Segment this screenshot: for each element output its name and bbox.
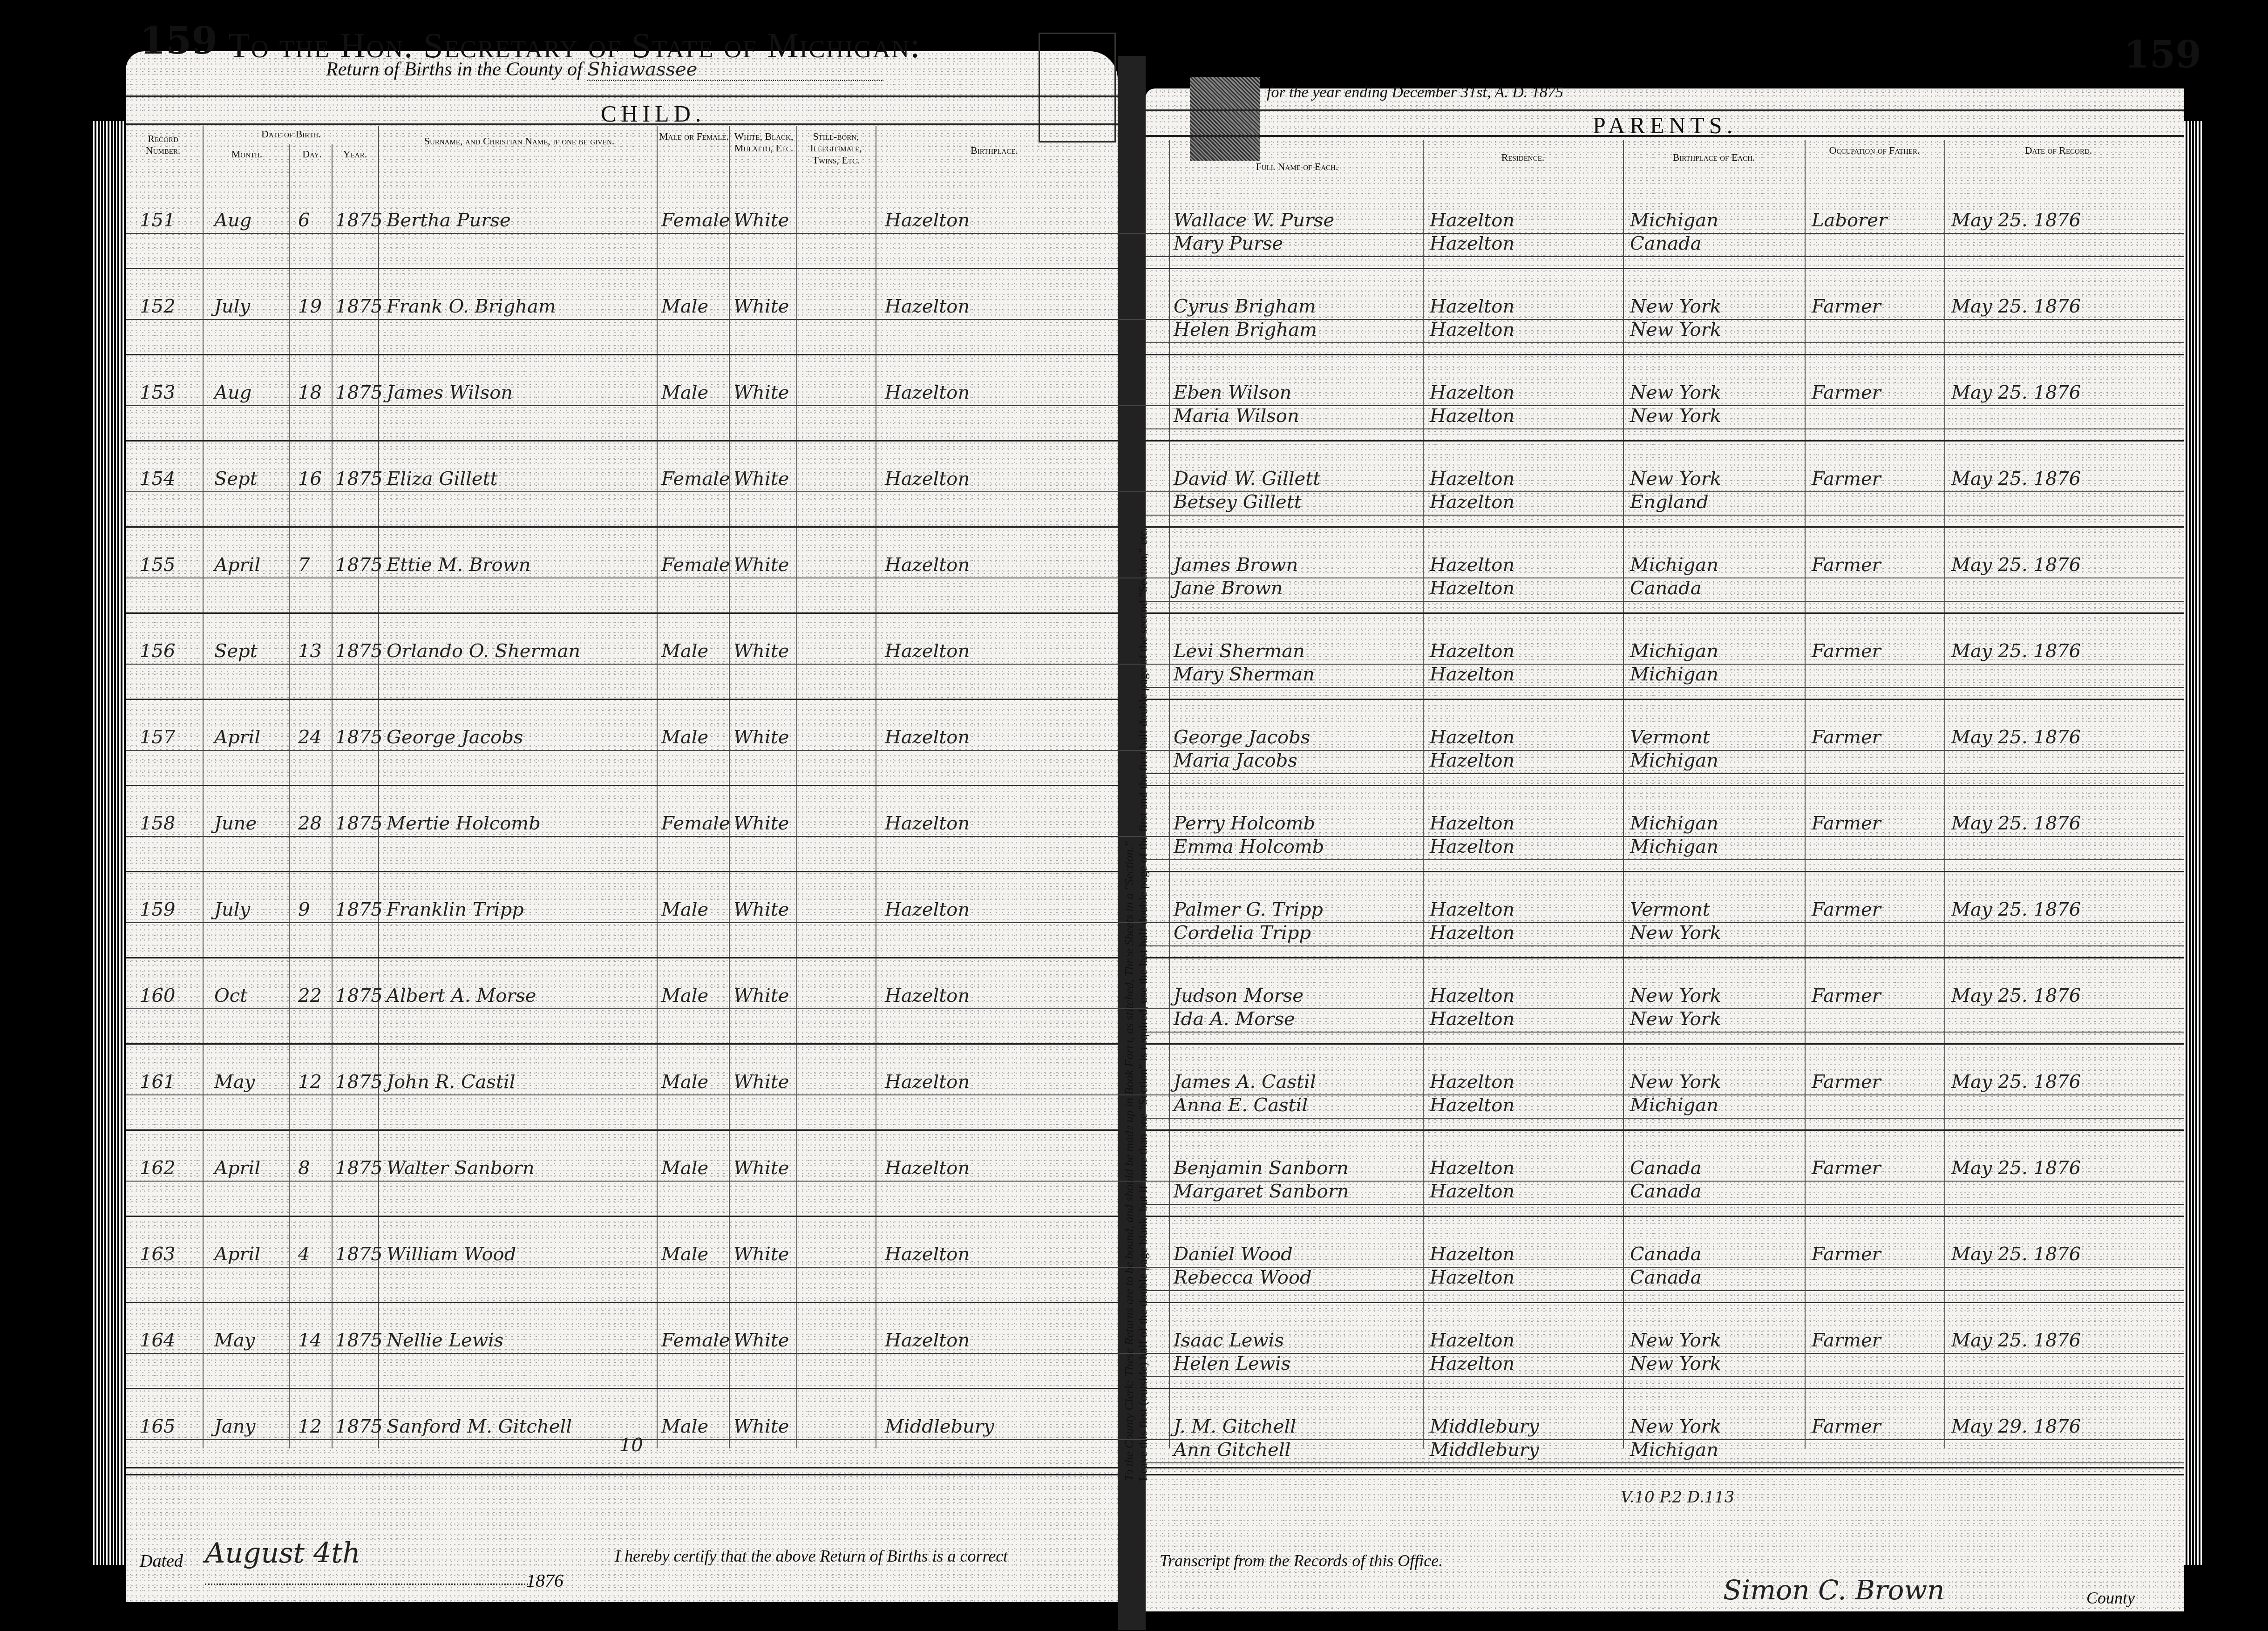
row-line xyxy=(1146,342,2184,343)
father-occupation: Farmer xyxy=(1812,985,1881,1006)
father-residence: Hazelton xyxy=(1430,554,1514,576)
col-record-number: Record Number. xyxy=(130,133,196,156)
father-occupation: Farmer xyxy=(1812,296,1881,317)
child-name: George Jacobs xyxy=(387,727,523,748)
birth-month: July xyxy=(214,899,250,920)
birth-month: May xyxy=(214,1071,255,1093)
record-number: 160 xyxy=(140,985,175,1006)
date-of-record: May 25. 1876 xyxy=(1951,210,2081,231)
mother-birthplace: Canada xyxy=(1630,1181,1702,1202)
row-line xyxy=(126,1181,2184,1182)
row-line xyxy=(1146,687,2184,688)
father-name: Perry Holcomb xyxy=(1174,813,1315,834)
row-line xyxy=(126,578,2184,578)
mother-name: Helen Lewis xyxy=(1174,1353,1290,1374)
birth-year: 1875 xyxy=(335,813,383,834)
row-separator xyxy=(126,1129,2184,1131)
birth-day: 7 xyxy=(298,554,310,576)
mother-residence: Hazelton xyxy=(1430,405,1514,427)
mother-name: Mary Sherman xyxy=(1174,664,1315,685)
father-name: Palmer G. Tripp xyxy=(1174,899,1323,920)
father-birthplace: New York xyxy=(1630,1330,1721,1351)
child-name: James Wilson xyxy=(387,382,513,403)
page-number-right: 159 xyxy=(2124,33,2201,76)
record-number: 162 xyxy=(140,1157,175,1179)
father-residence: Hazelton xyxy=(1430,1330,1514,1351)
child-sex: Male xyxy=(661,899,708,920)
record-number: 165 xyxy=(140,1416,175,1437)
child-sex: Male xyxy=(661,727,708,748)
parents-header-rule xyxy=(1146,135,2184,137)
birth-month: Oct xyxy=(214,985,247,1006)
child-name: Nellie Lewis xyxy=(387,1330,503,1351)
birth-month: June xyxy=(214,813,257,834)
printer-stamp-icon xyxy=(1190,77,1260,161)
father-residence: Hazelton xyxy=(1430,1071,1514,1093)
row-separator xyxy=(126,699,2184,700)
child-color: White xyxy=(733,1330,789,1351)
child-sex: Female xyxy=(661,554,730,576)
date-of-record: May 25. 1876 xyxy=(1951,1244,2081,1265)
father-birthplace: New York xyxy=(1630,468,1721,489)
birth-month: Sept xyxy=(214,468,258,489)
father-birthplace: New York xyxy=(1630,296,1721,317)
row-line xyxy=(126,491,2184,492)
col-status: Still-born, Illegitimate, Twins, Etc. xyxy=(799,130,873,166)
child-sex: Male xyxy=(661,1157,708,1179)
birth-day: 14 xyxy=(298,1330,322,1351)
mother-birthplace: Canada xyxy=(1630,1267,1702,1288)
divider xyxy=(1423,140,1424,1448)
birth-day: 18 xyxy=(298,382,322,403)
birth-month: Aug xyxy=(214,210,251,231)
child-color: White xyxy=(733,813,789,834)
birth-day: 4 xyxy=(298,1244,310,1265)
mother-residence: Hazelton xyxy=(1430,922,1514,944)
mother-birthplace: New York xyxy=(1630,1353,1721,1374)
annotation-sex-10: 10 xyxy=(619,1434,643,1456)
row-line xyxy=(1146,1290,2184,1291)
row-line xyxy=(1146,773,2184,774)
father-occupation: Farmer xyxy=(1812,640,1881,662)
mother-birthplace: Michigan xyxy=(1630,836,1718,857)
record-number: 159 xyxy=(140,899,175,920)
date-of-record: May 25. 1876 xyxy=(1951,640,2081,662)
row-line xyxy=(1146,1204,2184,1205)
child-sex: Female xyxy=(661,1330,730,1351)
father-name: James A. Castil xyxy=(1174,1071,1316,1093)
record-number: 161 xyxy=(140,1071,175,1093)
child-birthplace: Hazelton xyxy=(885,899,970,920)
row-line xyxy=(1146,1118,2184,1119)
child-birthplace: Hazelton xyxy=(885,727,970,748)
child-name: William Wood xyxy=(387,1244,516,1265)
birth-year: 1875 xyxy=(335,985,383,1006)
record-number: 155 xyxy=(140,554,175,576)
child-color: White xyxy=(733,640,789,662)
child-sex: Male xyxy=(661,1071,708,1093)
row-separator xyxy=(126,1216,2184,1217)
divider xyxy=(1805,140,1806,1448)
gutter-note-line2: Leave this first (outside) half of the d… xyxy=(1136,528,1150,1481)
child-color: White xyxy=(733,1244,789,1265)
child-name: Eliza Gillett xyxy=(387,468,498,489)
child-birthplace: Hazelton xyxy=(885,1244,970,1265)
mother-birthplace: Canada xyxy=(1630,578,1702,599)
right-page-edges xyxy=(2184,121,2203,1565)
mother-residence: Hazelton xyxy=(1430,664,1514,685)
row-line xyxy=(126,1008,2184,1009)
child-birthplace: Hazelton xyxy=(885,1157,970,1179)
date-of-record: May 25. 1876 xyxy=(1951,468,2081,489)
father-name: Wallace W. Purse xyxy=(1174,210,1334,231)
mother-birthplace: New York xyxy=(1630,319,1721,340)
birth-month: Sept xyxy=(214,640,258,662)
child-color: White xyxy=(733,554,789,576)
row-line xyxy=(126,319,2184,320)
child-name: Mertie Holcomb xyxy=(387,813,541,834)
date-of-record: May 25. 1876 xyxy=(1951,1157,2081,1179)
father-residence: Hazelton xyxy=(1430,813,1514,834)
father-name: J. M. Gitchell xyxy=(1174,1416,1296,1437)
footer-rule-right xyxy=(1146,1467,2184,1468)
birth-day: 9 xyxy=(298,899,310,920)
date-of-record: May 25. 1876 xyxy=(1951,296,2081,317)
father-name: Benjamin Sanborn xyxy=(1174,1157,1349,1179)
date-of-record: May 25. 1876 xyxy=(1951,899,2081,920)
mother-birthplace: Canada xyxy=(1630,233,1702,254)
mother-residence: Hazelton xyxy=(1430,1008,1514,1030)
birth-day: 16 xyxy=(298,468,322,489)
child-birthplace: Middlebury xyxy=(885,1416,994,1437)
birth-day: 22 xyxy=(298,985,322,1006)
mother-residence: Hazelton xyxy=(1430,491,1514,513)
birth-month: Aug xyxy=(214,382,251,403)
mother-birthplace: New York xyxy=(1630,1008,1721,1030)
row-line xyxy=(126,1267,2184,1268)
row-separator xyxy=(126,785,2184,786)
row-line xyxy=(1146,1376,2184,1377)
birth-year: 1875 xyxy=(335,640,383,662)
footer-rule-left xyxy=(126,1467,1118,1468)
child-sex: Male xyxy=(661,1244,708,1265)
child-header-rule xyxy=(126,123,1118,125)
divider xyxy=(289,144,290,1448)
child-name: John R. Castil xyxy=(387,1071,516,1093)
row-separator xyxy=(126,871,2184,872)
col-occupation: Occupation of Father. xyxy=(1807,144,1942,156)
birth-month: Jany xyxy=(214,1416,255,1437)
father-birthplace: New York xyxy=(1630,985,1721,1006)
row-line xyxy=(1146,859,2184,860)
child-name: Frank O. Brigham xyxy=(387,296,556,317)
mother-name: Ann Gitchell xyxy=(1174,1439,1290,1461)
father-occupation: Farmer xyxy=(1812,1071,1881,1093)
mother-birthplace: Michigan xyxy=(1630,664,1718,685)
row-line xyxy=(126,1094,2184,1095)
dated-value: August 4th xyxy=(205,1537,360,1570)
father-occupation: Farmer xyxy=(1812,1157,1881,1179)
father-residence: Hazelton xyxy=(1430,985,1514,1006)
mother-residence: Hazelton xyxy=(1430,836,1514,857)
mother-residence: Hazelton xyxy=(1430,578,1514,599)
birth-month: April xyxy=(214,727,260,748)
birth-year: 1875 xyxy=(335,554,383,576)
divider xyxy=(796,126,797,1448)
father-name: David W. Gillett xyxy=(1174,468,1320,489)
divider xyxy=(1169,140,1170,1448)
child-color: White xyxy=(733,210,789,231)
father-occupation: Farmer xyxy=(1812,813,1881,834)
record-number: 151 xyxy=(140,210,175,231)
divider xyxy=(1944,140,1945,1448)
birth-month: April xyxy=(214,1157,260,1179)
record-number: 157 xyxy=(140,727,175,748)
father-residence: Hazelton xyxy=(1430,296,1514,317)
mother-birthplace: Michigan xyxy=(1630,1439,1718,1461)
date-of-record: May 29. 1876 xyxy=(1951,1416,2081,1437)
col-date-of-record: Date of Record. xyxy=(1947,144,2170,156)
col-sex: Male or Female. xyxy=(659,130,729,142)
divider xyxy=(876,126,876,1448)
county-label: County xyxy=(2086,1588,2135,1608)
subheading-text: Return of Births in the County of xyxy=(326,59,583,80)
mother-residence: Hazelton xyxy=(1430,1267,1514,1288)
father-residence: Hazelton xyxy=(1430,210,1514,231)
father-name: Judson Morse xyxy=(1174,985,1304,1006)
date-of-record: May 25. 1876 xyxy=(1951,1330,2081,1351)
birth-year: 1875 xyxy=(335,296,383,317)
father-residence: Hazelton xyxy=(1430,1244,1514,1265)
row-line xyxy=(1146,601,2184,602)
mother-birthplace: New York xyxy=(1630,922,1721,944)
mother-name: Maria Wilson xyxy=(1174,405,1299,427)
birth-year: 1875 xyxy=(335,210,383,231)
child-color: White xyxy=(733,468,789,489)
birth-day: 24 xyxy=(298,727,322,748)
col-year: Year. xyxy=(333,148,377,160)
father-occupation: Farmer xyxy=(1812,382,1881,403)
row-line xyxy=(1146,428,2184,429)
row-separator xyxy=(126,354,2184,355)
birth-day: 19 xyxy=(298,296,322,317)
father-occupation: Farmer xyxy=(1812,554,1881,576)
annotation-volume: V.10 P.2 D.113 xyxy=(1621,1488,1734,1507)
child-color: White xyxy=(733,1071,789,1093)
row-separator xyxy=(126,1388,2184,1389)
child-sex: Female xyxy=(661,468,730,489)
father-residence: Hazelton xyxy=(1430,468,1514,489)
birth-day: 6 xyxy=(298,210,310,231)
row-separator xyxy=(126,957,2184,958)
father-name: Daniel Wood xyxy=(1174,1244,1293,1265)
clerk-signature: Simon C. Brown xyxy=(1723,1574,1944,1606)
father-birthplace: New York xyxy=(1630,1416,1721,1437)
mother-name: Cordelia Tripp xyxy=(1174,922,1311,944)
father-occupation: Farmer xyxy=(1812,468,1881,489)
record-number: 152 xyxy=(140,296,175,317)
birth-year: 1875 xyxy=(335,727,383,748)
mother-name: Emma Holcomb xyxy=(1174,836,1324,857)
child-name: Franklin Tripp xyxy=(387,899,524,920)
child-birthplace: Hazelton xyxy=(885,1330,970,1351)
col-day: Day. xyxy=(291,148,333,160)
father-birthplace: Michigan xyxy=(1630,640,1718,662)
birth-day: 28 xyxy=(298,813,322,834)
child-name: Sanford M. Gitchell xyxy=(387,1416,572,1437)
row-line xyxy=(126,922,2184,923)
child-color: White xyxy=(733,1157,789,1179)
birth-year: 1875 xyxy=(335,1244,383,1265)
col-parent-birthplace: Birthplace of Each. xyxy=(1625,151,1802,163)
certify-text: I hereby certify that the above Return o… xyxy=(615,1546,1008,1566)
birth-day: 12 xyxy=(298,1071,322,1093)
record-number: 164 xyxy=(140,1330,175,1351)
father-occupation: Farmer xyxy=(1812,1416,1881,1437)
father-birthplace: New York xyxy=(1630,1071,1721,1093)
row-line xyxy=(126,233,2184,234)
child-birthplace: Hazelton xyxy=(885,985,970,1006)
child-sex: Female xyxy=(661,813,730,834)
mother-name: Maria Jacobs xyxy=(1174,750,1297,771)
child-sex: Female xyxy=(661,210,730,231)
father-birthplace: Michigan xyxy=(1630,813,1718,834)
birth-month: May xyxy=(214,1330,255,1351)
father-occupation: Farmer xyxy=(1812,899,1881,920)
row-separator xyxy=(126,526,2184,528)
transcript-text: Transcript from the Records of this Offi… xyxy=(1160,1551,1443,1570)
birth-day: 12 xyxy=(298,1416,322,1437)
date-of-record: May 25. 1876 xyxy=(1951,554,2081,576)
date-of-record: May 25. 1876 xyxy=(1951,813,2081,834)
row-line xyxy=(126,750,2184,751)
child-color: White xyxy=(733,985,789,1006)
gutter-note-line1: To the County Clerk: These Returns are t… xyxy=(1122,841,1136,1481)
mother-birthplace: Michigan xyxy=(1630,1094,1718,1116)
child-birthplace: Hazelton xyxy=(885,296,970,317)
mother-birthplace: England xyxy=(1630,491,1709,513)
col-full-name: Full Name of Each. xyxy=(1174,161,1420,172)
father-birthplace: Canada xyxy=(1630,1244,1702,1265)
return-subheading: Return of Births in the County of Shiawa… xyxy=(326,58,883,81)
mother-residence: Hazelton xyxy=(1430,1353,1514,1374)
divider xyxy=(657,126,658,1448)
child-name: Ettie M. Brown xyxy=(387,554,531,576)
child-birthplace: Hazelton xyxy=(885,554,970,576)
page-number-left: 159 xyxy=(140,19,217,62)
father-birthplace: Michigan xyxy=(1630,554,1718,576)
birth-year: 1875 xyxy=(335,382,383,403)
child-birthplace: Hazelton xyxy=(885,382,970,403)
child-color: White xyxy=(733,727,789,748)
left-page-edges xyxy=(93,121,126,1565)
col-residence: Residence. xyxy=(1425,151,1621,163)
child-name: Orlando O. Sherman xyxy=(387,640,580,662)
birth-year: 1875 xyxy=(335,1071,383,1093)
child-sex: Male xyxy=(661,1416,708,1437)
child-birthplace: Hazelton xyxy=(885,640,970,662)
row-line xyxy=(126,664,2184,665)
child-color: White xyxy=(733,296,789,317)
child-sex: Male xyxy=(661,640,708,662)
birth-year: 1875 xyxy=(335,899,383,920)
child-sex: Male xyxy=(661,985,708,1006)
row-line xyxy=(1146,1032,2184,1033)
child-name: Walter Sanborn xyxy=(387,1157,534,1179)
birth-day: 13 xyxy=(298,640,322,662)
father-occupation: Farmer xyxy=(1812,727,1881,748)
divider xyxy=(1623,140,1624,1448)
birth-day: 8 xyxy=(298,1157,310,1179)
child-birthplace: Hazelton xyxy=(885,1071,970,1093)
divider xyxy=(203,126,204,1448)
mother-birthplace: New York xyxy=(1630,405,1721,427)
father-name: James Brown xyxy=(1174,554,1298,576)
parents-top-rule xyxy=(1146,109,2184,111)
child-name: Bertha Purse xyxy=(387,210,511,231)
year-ending-line: for the year ending December 31st, A. D.… xyxy=(1267,84,1563,102)
divider xyxy=(729,126,730,1448)
date-of-record: May 25. 1876 xyxy=(1951,985,2081,1006)
mother-birthplace: Michigan xyxy=(1630,750,1718,771)
col-name: Surname, and Christian Name, if one be g… xyxy=(382,135,657,147)
col-month: Month. xyxy=(205,148,289,160)
col-birthplace: Birthplace. xyxy=(880,144,1108,156)
father-name: George Jacobs xyxy=(1174,727,1310,748)
mother-residence: Middlebury xyxy=(1430,1439,1539,1461)
row-line xyxy=(126,836,2184,837)
row-separator xyxy=(126,268,2184,269)
record-number: 163 xyxy=(140,1244,175,1265)
father-birthplace: Vermont xyxy=(1630,727,1710,748)
mother-name: Rebecca Wood xyxy=(1174,1267,1312,1288)
father-residence: Hazelton xyxy=(1430,1157,1514,1179)
mother-name: Helen Brigham xyxy=(1174,319,1317,340)
mother-residence: Hazelton xyxy=(1430,750,1514,771)
mother-name: Anna E. Castil xyxy=(1174,1094,1308,1116)
mother-name: Mary Purse xyxy=(1174,233,1283,254)
child-birthplace: Hazelton xyxy=(885,468,970,489)
birth-month: April xyxy=(214,554,260,576)
divider xyxy=(332,144,333,1448)
dated-label: Dated xyxy=(140,1551,183,1571)
father-name: Eben Wilson xyxy=(1174,382,1291,403)
mother-name: Margaret Sanborn xyxy=(1174,1181,1349,1202)
father-occupation: Laborer xyxy=(1812,210,1887,231)
row-line xyxy=(1146,1462,2184,1463)
father-residence: Hazelton xyxy=(1430,727,1514,748)
birth-month: April xyxy=(214,1244,260,1265)
birth-year: 1875 xyxy=(335,1330,383,1351)
row-separator xyxy=(126,440,2184,442)
birth-year: 1875 xyxy=(335,468,383,489)
child-sex: Male xyxy=(661,382,708,403)
record-number: 156 xyxy=(140,640,175,662)
mother-residence: Hazelton xyxy=(1430,319,1514,340)
father-name: Cyrus Brigham xyxy=(1174,296,1316,317)
mother-name: Ida A. Morse xyxy=(1174,1008,1295,1030)
child-color: White xyxy=(733,1416,789,1437)
child-color: White xyxy=(733,382,789,403)
date-of-record: May 25. 1876 xyxy=(1951,1071,2081,1093)
row-separator xyxy=(126,612,2184,614)
col-date-of-birth: Date of Birth. xyxy=(205,128,377,140)
birth-year: 1875 xyxy=(335,1157,383,1179)
mother-name: Jane Brown xyxy=(1174,578,1283,599)
father-name: Levi Sherman xyxy=(1174,640,1305,662)
father-birthplace: New York xyxy=(1630,382,1721,403)
father-occupation: Farmer xyxy=(1812,1330,1881,1351)
